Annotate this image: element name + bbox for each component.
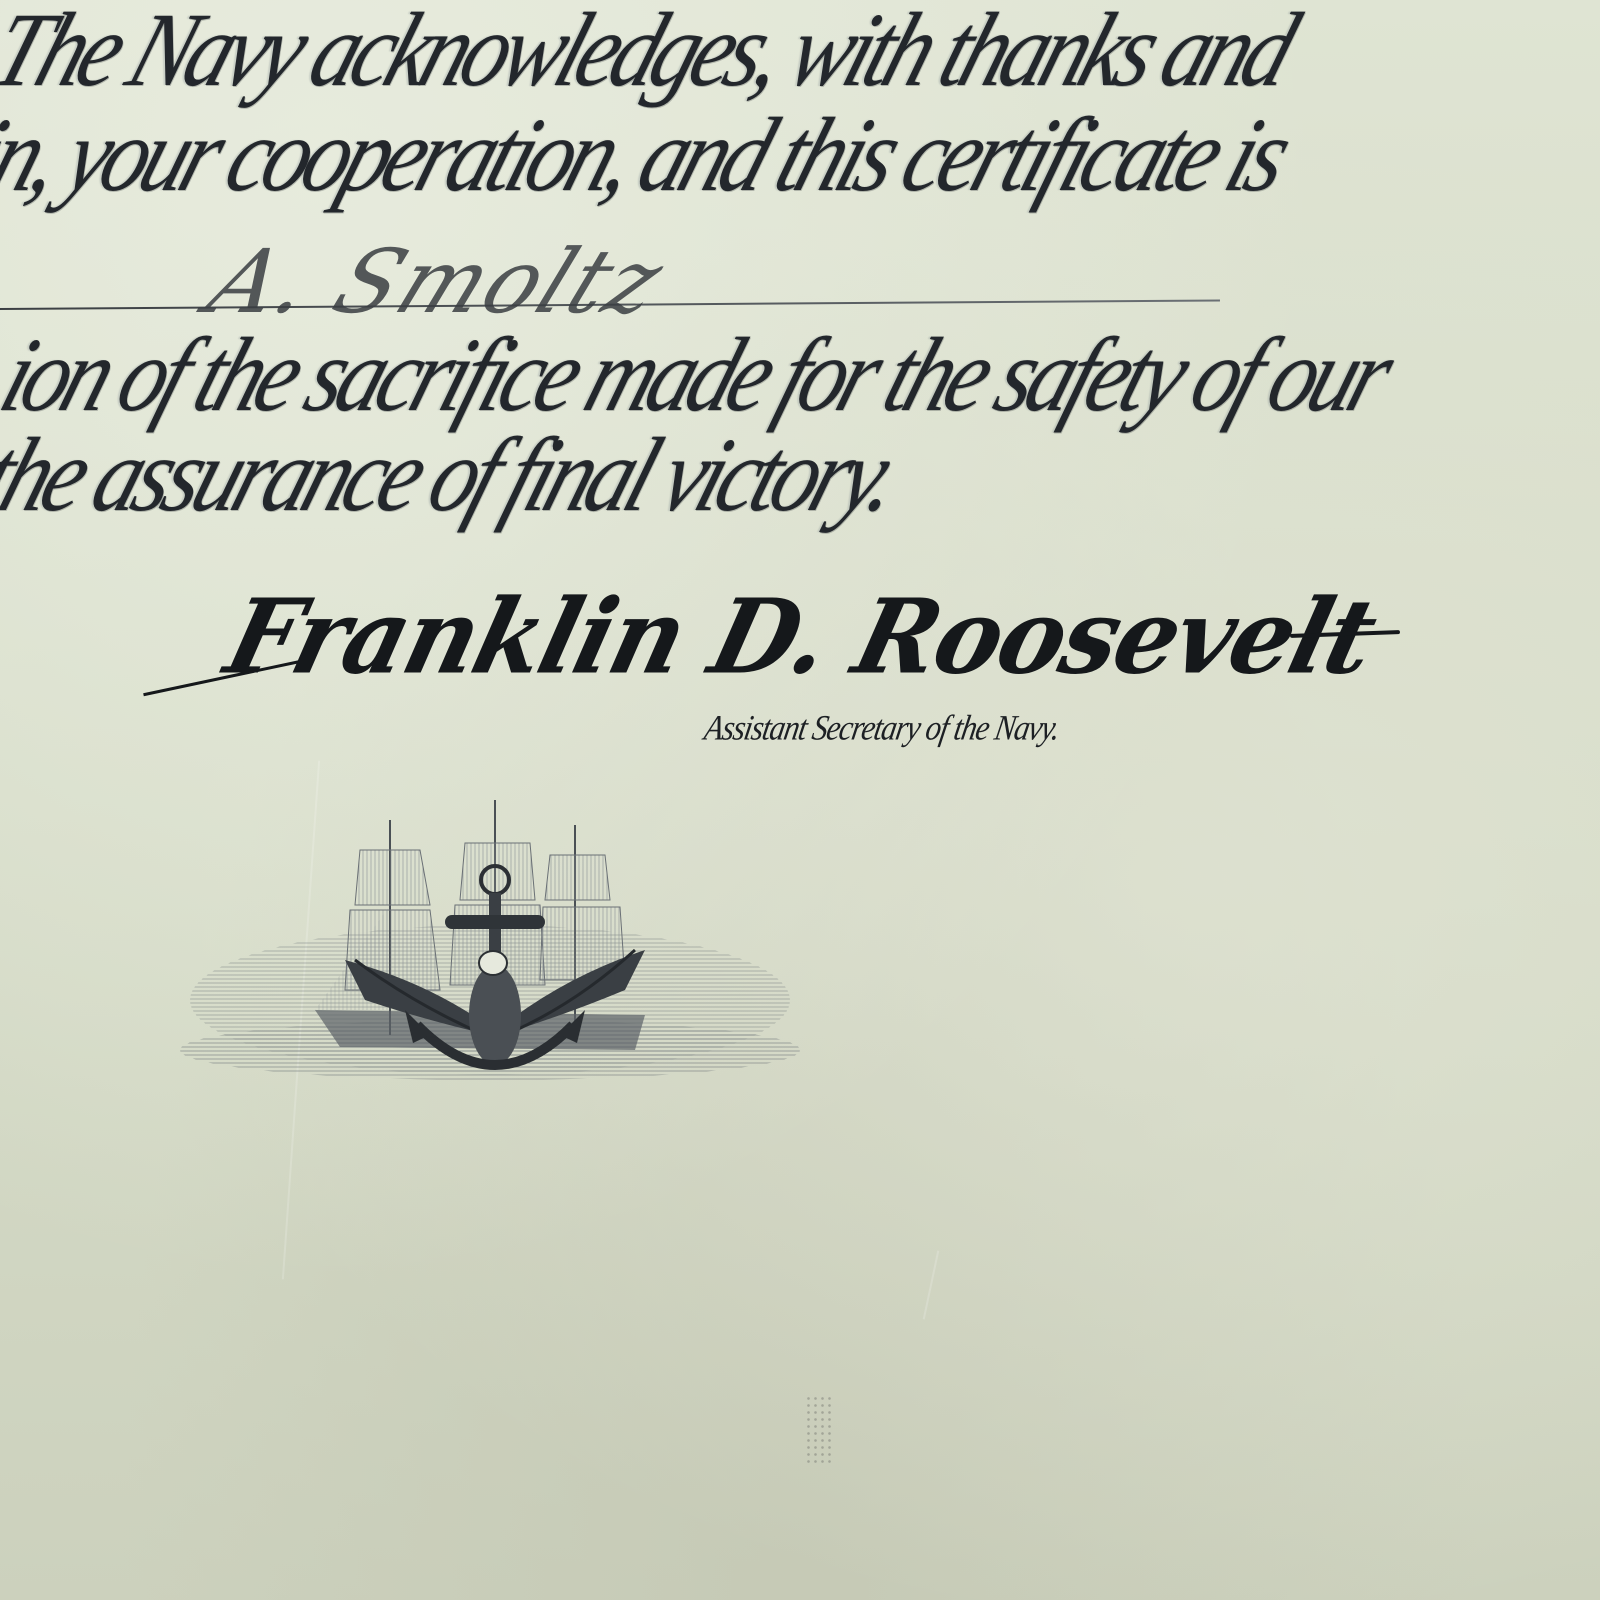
body-text-line-1: The Navy acknowledges, with thanks and xyxy=(0,0,1304,102)
body-text-line-2: in, your cooperation, and this certifica… xyxy=(0,101,1298,207)
signature-block: Franklin D. Roosevelt Assistant Secretar… xyxy=(140,580,1420,760)
paper-blemish xyxy=(805,1395,835,1465)
signer-signature: Franklin D. Roosevelt xyxy=(215,577,1386,698)
navy-certificate: The Navy acknowledges, with thanks and i… xyxy=(0,0,1600,1600)
eagle-anchor-ship-icon xyxy=(165,785,815,1105)
body-text-line-4: the assurance of final victory. xyxy=(0,421,909,527)
signer-title: Assistant Secretary of the Navy. xyxy=(701,707,1062,748)
body-text-line-3: ion of the sacrifice made for the safety… xyxy=(0,321,1401,427)
paper-crease xyxy=(923,1251,940,1320)
